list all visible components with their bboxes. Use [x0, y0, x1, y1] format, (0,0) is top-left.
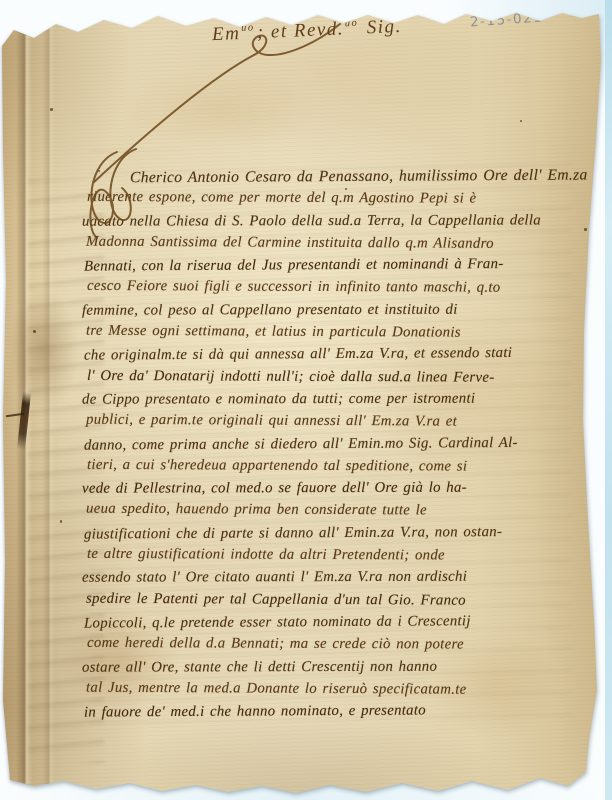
letter-body: Cherico Antonio Cesaro da Penassano, hum… [84, 168, 596, 725]
manuscript-line: tieri, a cui s'heredeua appartenendo tal… [87, 457, 596, 482]
manuscript-line: ostare all' Ore, stante che li detti Cre… [82, 658, 596, 682]
manuscript-line: publici, e parim.te originali qui anness… [86, 412, 596, 437]
manuscript-line: come heredi della d.a Bennati; ma se cre… [87, 635, 596, 660]
manuscript-line: che originalm.te si dà qui annessa all' … [84, 345, 596, 370]
ink-speck [520, 120, 522, 122]
paper-stain [120, 70, 320, 150]
manuscript-line: cesco Feiore suoi figli e successori in … [87, 278, 596, 303]
manuscript-line: tal Jus, mentre la med.a Donante lo rise… [86, 679, 596, 704]
manuscript-line: ueua spedito, hauendo prima ben consider… [86, 501, 596, 526]
document-scan: 2-15-021 Emuo; et Revd.uo Sig. Cherico A… [0, 0, 612, 800]
manuscript-line: spedire le Patenti per tal Cappellania d… [86, 590, 596, 615]
manuscript-line: l' Ore da' Donatarij indotti null'i; cio… [87, 368, 596, 393]
manuscript-line: de Cippo presentato e nominato da tutti;… [82, 390, 596, 414]
manuscript-line: vede di Pellestrina, col med.o se fauore… [82, 479, 596, 503]
abbreviation-superscript: uo [345, 18, 359, 30]
archival-reference-number: 2-15-021 [470, 9, 544, 30]
manuscript-line: uacato nella Chiesa di S. Paolo della su… [82, 212, 596, 236]
manuscript-page: 2-15-021 Emuo; et Revd.uo Sig. Cherico A… [0, 0, 612, 800]
abbreviation-superscript: uo [241, 22, 255, 34]
salutation-word: Em [212, 23, 241, 45]
manuscript-line: Cherico Antonio Cesaro da Penassano, hum… [84, 166, 596, 191]
manuscript-line: te altre giustificationi indotte da altr… [87, 546, 596, 571]
salutation-word: ; et Revd. [256, 18, 344, 43]
manuscript-line: Madonna Santissima del Carmine instituit… [86, 234, 596, 259]
salutation-line: Emuo; et Revd.uo Sig. [212, 16, 403, 46]
manuscript-line: danno, come prima anche si diedero all' … [84, 434, 596, 459]
manuscript-line: riuerente espone, come per morte del q.m… [87, 189, 596, 214]
ink-speck [190, 786, 193, 788]
manuscript-line: femmine, col peso al Cappellano presenta… [82, 301, 596, 325]
salutation-word: Sig. [360, 16, 402, 39]
manuscript-line: in fauore de' med.i che hanno nominato, … [84, 702, 596, 727]
manuscript-line: Lopiccoli, q.le pretende esser stato nom… [84, 612, 596, 637]
paper-sheet: 2-15-021 Emuo; et Revd.uo Sig. Cherico A… [0, 0, 612, 800]
manuscript-line: giustificationi che di parte si danno al… [84, 523, 596, 548]
manuscript-line: essendo stato l' Ore citato auanti l' Em… [82, 569, 596, 593]
ink-speck [50, 108, 53, 111]
